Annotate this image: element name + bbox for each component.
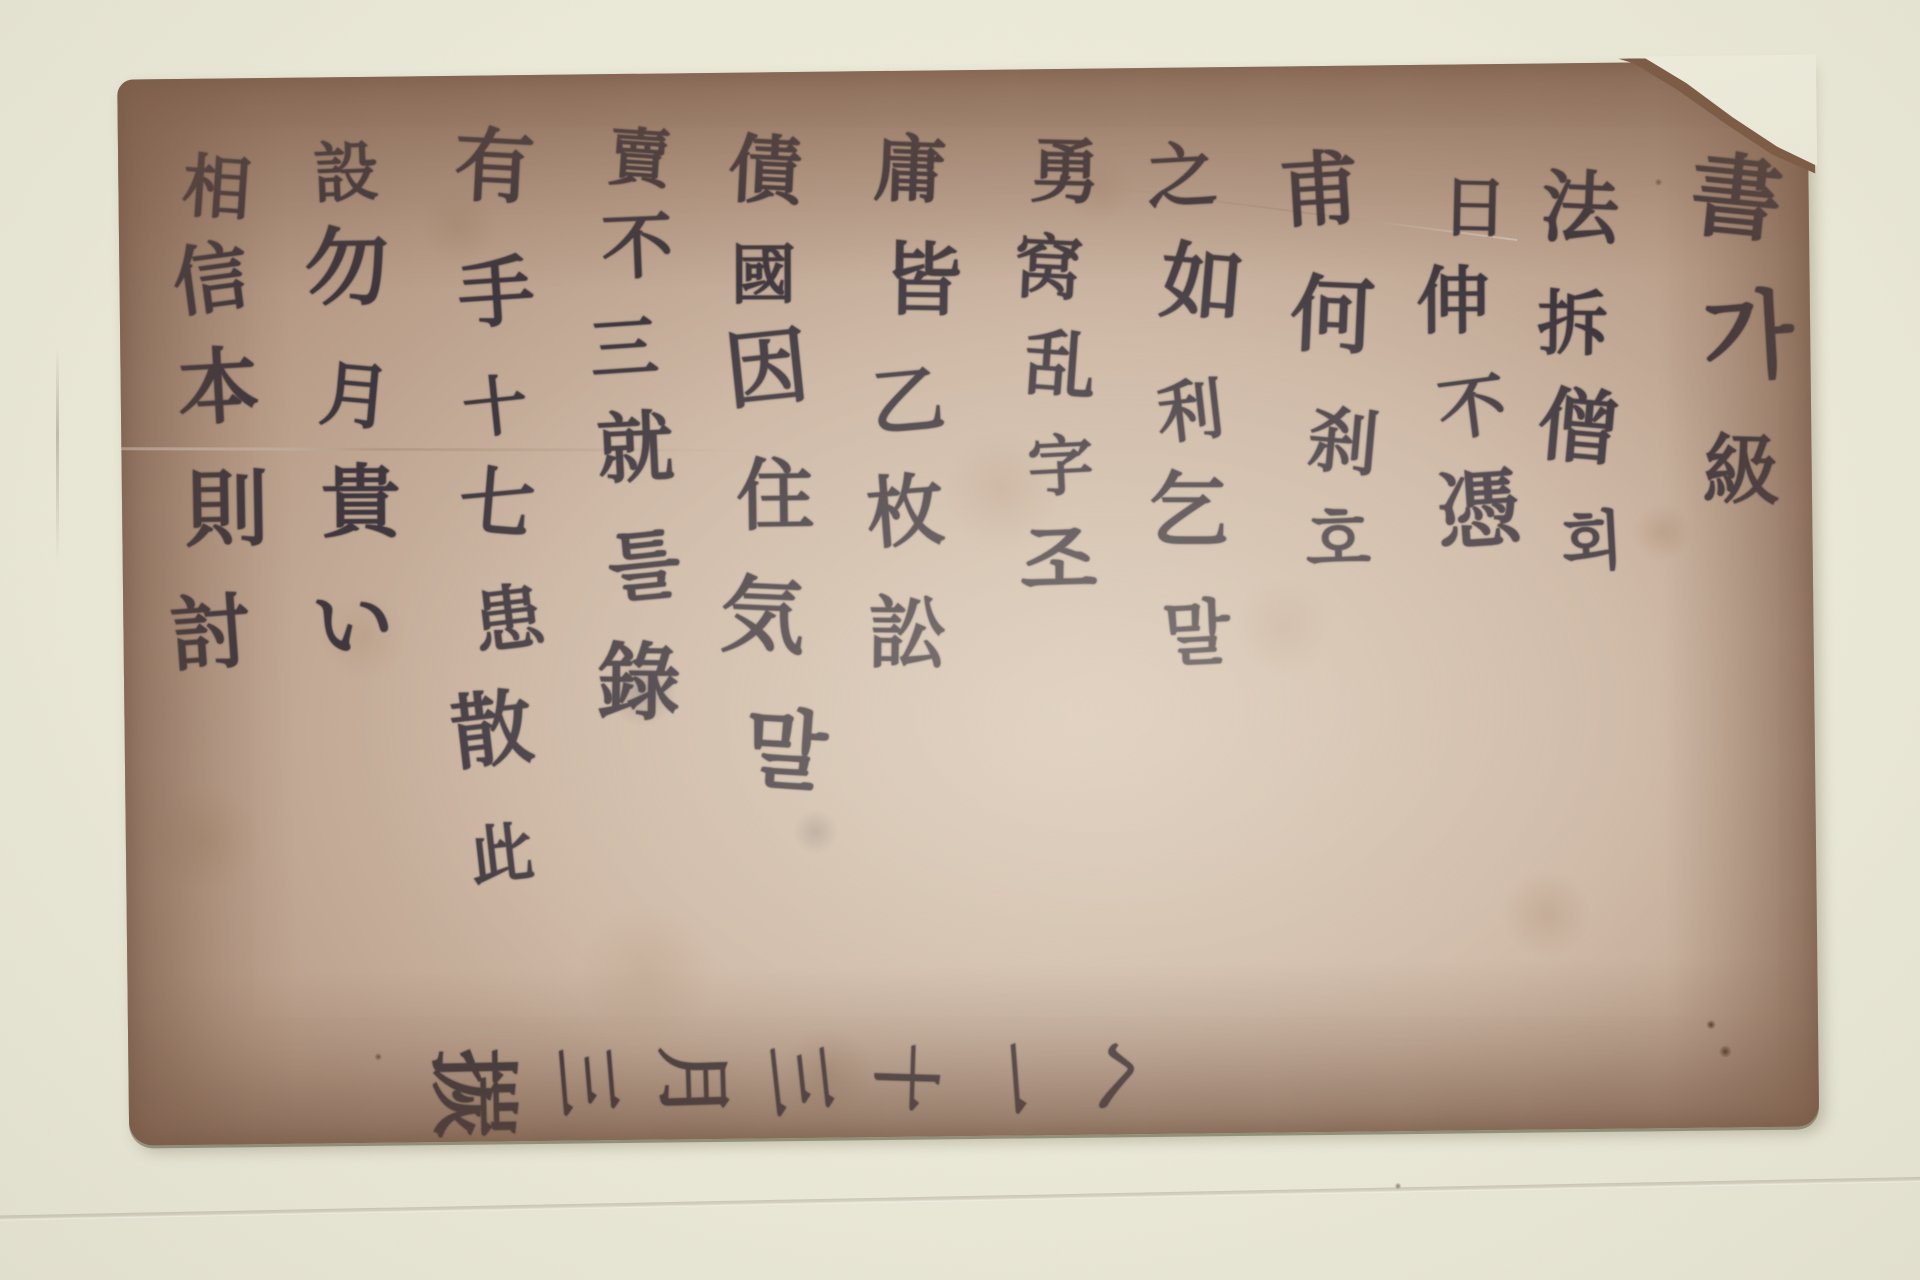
calligraphy-glyph: 利: [1153, 375, 1227, 449]
calligraphy-glyph: 此: [467, 820, 537, 890]
calligraphy-column: 有手十七患散此: [440, 127, 561, 910]
calligraphy-glyph: 憑: [1434, 466, 1523, 555]
calligraphy-glyph: 勿: [304, 226, 390, 312]
calligraphy-glyph: 乙: [868, 362, 948, 442]
calligraphy-glyph: 伸: [1416, 265, 1490, 339]
calligraphy-glyph: 勇: [1029, 136, 1101, 208]
calligraphy-column: 賣不三就틀錄: [576, 127, 695, 779]
calligraphy-glyph: 討: [168, 592, 255, 679]
calligraphy-glyph: 相: [180, 152, 253, 225]
calligraphy-glyph: 乞: [1147, 470, 1229, 552]
calligraphy-glyph: 甫: [1277, 148, 1362, 233]
calligraphy-column: 甫何刹호: [1274, 149, 1391, 598]
calligraphy-glyph: 訟: [867, 594, 947, 674]
date-glyph: 月: [653, 1044, 731, 1122]
calligraphy-column: 書가級: [1678, 153, 1794, 534]
calligraphy-glyph: 皆: [883, 240, 963, 320]
calligraphy-glyph: 가: [1700, 289, 1796, 388]
calligraphy-glyph: 散: [447, 686, 537, 776]
calligraphy-glyph: 호: [1305, 507, 1371, 576]
ink-speck: [1654, 178, 1662, 186]
date-glyph: 一: [969, 1039, 1049, 1119]
date-glyph: ヘ: [1079, 1038, 1154, 1113]
date-glyph: 三: [548, 1044, 622, 1118]
calligraphy-glyph: 手: [455, 254, 536, 335]
calligraphy-column: 法拆僧회: [1526, 170, 1643, 594]
date-glyph: 十: [868, 1042, 939, 1113]
calligraphy-glyph: 級: [1702, 433, 1781, 512]
calligraphy-glyph: 貴: [321, 462, 401, 542]
calligraphy-glyph: 月: [317, 358, 395, 436]
calligraphy-glyph: 書: [1686, 149, 1787, 250]
date-line: 㨏三月三十一ヘ: [426, 1040, 1185, 1139]
calligraphy-glyph: 枚: [864, 472, 947, 555]
calligraphy-glyph: 國: [731, 243, 796, 309]
wall-seam-line: [56, 348, 59, 563]
calligraphy-glyph: 十: [459, 373, 530, 444]
calligraphy-column: 庸皆乙枚訟: [858, 134, 977, 718]
calligraphy-glyph: 法: [1539, 169, 1620, 250]
wall-groove-line: [0, 1176, 1920, 1220]
calligraphy-glyph: 患: [470, 580, 549, 659]
ink-speck: [374, 1053, 382, 1061]
calligraphy-glyph: 不: [600, 210, 674, 284]
calligraphy-glyph: い: [309, 580, 398, 669]
calligraphy-glyph: 之: [1145, 140, 1219, 214]
calligraphy-glyph: 如: [1157, 239, 1248, 329]
calligraphy-glyph: 錄: [596, 642, 681, 727]
calligraphy-glyph: 則: [185, 468, 270, 553]
calligraphy-glyph: 何: [1289, 273, 1377, 361]
calligraphy-glyph: 회: [1560, 509, 1626, 577]
calligraphy-glyph: 拆: [1536, 289, 1608, 361]
calligraphy-glyph: 刹: [1305, 404, 1382, 481]
calligraphy-column: 之如利乞말: [1138, 141, 1256, 700]
calligraphy-glyph: 住: [736, 457, 815, 536]
calligraphy-glyph: 七: [456, 464, 538, 546]
calligraphy-glyph: 窝: [1012, 234, 1085, 307]
photo-backdrop: 書가級法拆僧회日伸不憑甫何刹호之如利乞말勇窝乱字조庸皆乙枚訟債國因住気말賣不三就…: [0, 0, 1920, 1280]
calligraphy-column: 債國因住気말: [712, 134, 832, 846]
date-glyph: 㨏: [426, 1047, 518, 1139]
calligraphy-column: 日伸不憑: [1408, 176, 1525, 606]
calligraphy-glyph: 本: [175, 346, 261, 432]
calligraphy-glyph: 조: [1019, 520, 1097, 601]
calligraphy-glyph: 僧: [1535, 384, 1622, 471]
calligraphy-glyph: 債: [726, 133, 804, 211]
calligraphy-glyph: 不: [1434, 370, 1510, 446]
date-glyph: 三: [760, 1040, 839, 1119]
ink-speck: [1719, 1045, 1732, 1058]
calligraphy-glyph: 設: [313, 140, 381, 208]
calligraphy-glyph: 賣: [606, 126, 674, 194]
calligraphy-glyph: 庸: [872, 133, 947, 208]
stain-spot: [150, 783, 261, 894]
postcard: 書가級法拆僧회日伸不憑甫何刹호之如利乞말勇窝乱字조庸皆乙枚訟債國因住気말賣不三就…: [117, 61, 1819, 1146]
calligraphy-glyph: 말: [1161, 598, 1232, 671]
stain-spot: [1501, 868, 1592, 959]
ink-speck: [1706, 1020, 1716, 1030]
calligraphy-glyph: 気: [719, 573, 807, 661]
calligraphy-glyph: 말: [741, 706, 830, 797]
calligraphy-glyph: 틀: [605, 527, 683, 608]
calligraphy-column: 相信本則討: [158, 154, 276, 714]
calligraphy-column: 設勿月貴い: [294, 140, 412, 706]
calligraphy-glyph: 因: [721, 324, 812, 415]
calligraphy-glyph: 三: [588, 314, 661, 387]
stain-spot: [577, 903, 719, 1045]
calligraphy-glyph: 信: [169, 238, 254, 323]
calligraphy-column: 勇窝乱字조: [1002, 136, 1120, 642]
calligraphy-glyph: 有: [452, 125, 536, 209]
calligraphy-glyph: 乱: [1022, 328, 1099, 405]
calligraphy-glyph: 日: [1441, 176, 1508, 243]
calligraphy-glyph: 就: [595, 410, 675, 490]
calligraphy-glyph: 字: [1026, 432, 1095, 501]
